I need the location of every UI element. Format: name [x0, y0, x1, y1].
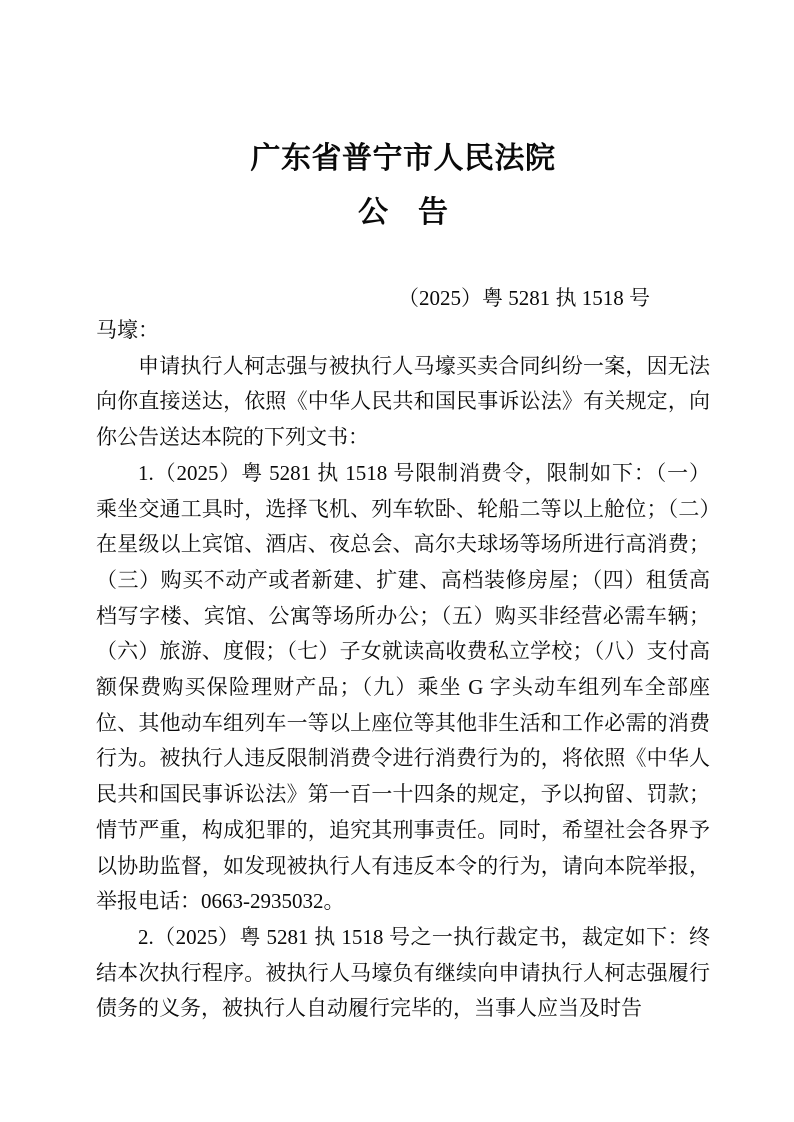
- body-paragraph-intro: 申请执行人柯志强与被执行人马壕买卖合同纠纷一案，因无法向你直接送达，依照《中华人…: [96, 349, 710, 456]
- salutation: 马壕：: [96, 313, 710, 349]
- court-name: 广东省普宁市人民法院: [96, 143, 710, 175]
- notice-title: 公 告: [96, 197, 710, 229]
- body-paragraph-consumption-restriction-order: 1.（2025）粤 5281 执 1518 号限制消费令，限制如下：（一）乘坐交…: [96, 456, 710, 920]
- case-number: （2025）粤 5281 执 1518 号: [96, 283, 650, 313]
- body-paragraph-execution-ruling: 2.（2025）粤 5281 执 1518 号之一执行裁定书，裁定如下：终结本次…: [96, 920, 710, 1027]
- court-notice-page: 广东省普宁市人民法院 公 告 （2025）粤 5281 执 1518 号 马壕：…: [0, 0, 794, 1122]
